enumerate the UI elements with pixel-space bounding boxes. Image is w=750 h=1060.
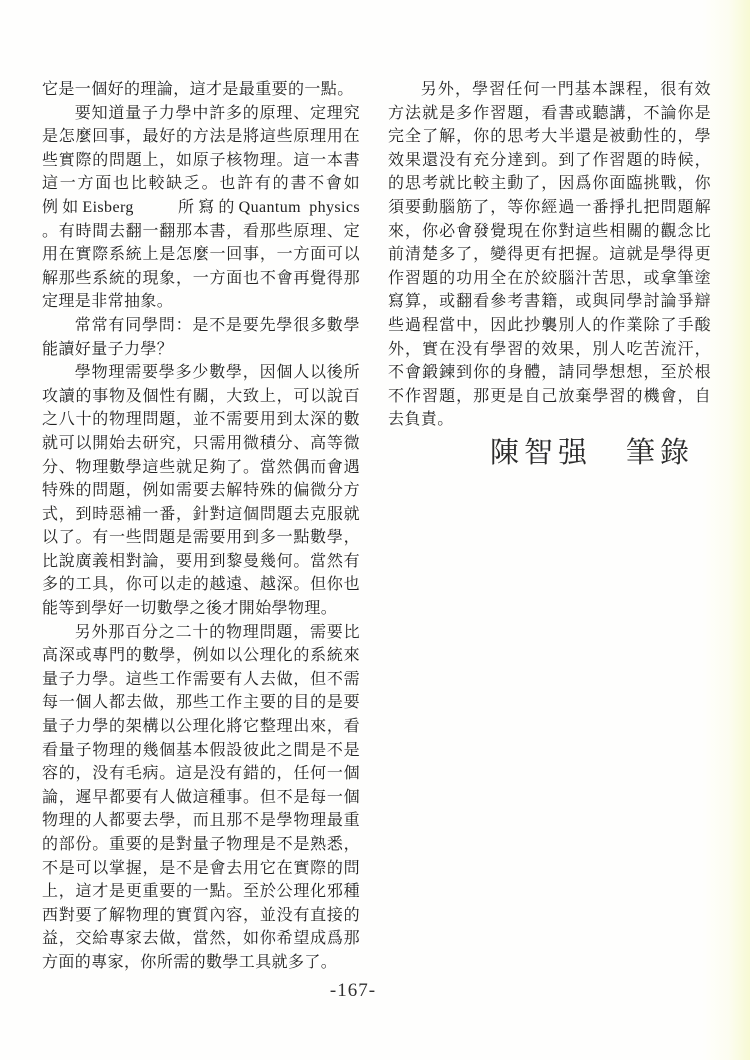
text-line: 上，這才是更重要的一點。至於公理化邪種東 [42, 880, 360, 904]
text-line: 學物理需要學多少數學，因個人以後所要 [42, 361, 360, 385]
text-line: 去負責。 [388, 408, 711, 432]
text-line: 攻讀的事物及個性有關，大致上，可以說百分 [42, 385, 360, 409]
text-line: 高深或專門的數學，例如以公理化的系統來看 [42, 644, 360, 668]
scanned-document-page: 它是一個好的理論，這才是最重要的一點。 要知道量子力學中許多的原理、定理究竟 是… [0, 0, 750, 1060]
text-line: 不作習題，那更是自己放棄學習的機會，自己 [388, 385, 711, 409]
text-line: 每一個人都去做，那些工作主要的目的是要將 [42, 691, 360, 715]
text-line: 容的，没有毛病。這是没有錯的，任何一個理 [42, 762, 360, 786]
text-line: 常常有同學問：是不是要先學很多數學才 [42, 314, 360, 338]
text-line: 是怎麼回事，最好的方法是將這些原理用在一 [42, 125, 360, 149]
text-line: 要知道量子力學中許多的原理、定理究竟 [42, 102, 360, 126]
text-line: 來，你必會發覺現在你對這些相關的觀念比以 [388, 220, 711, 244]
text-line: 式，到時惡補一番，針對這個問題去克服就可 [42, 503, 360, 527]
text-line: 的部份。重要的是對量子物理是不是熟悉，是 [42, 833, 360, 857]
page-number: -167- [0, 980, 706, 1002]
left-column: 它是一個好的理論，這才是最重要的一點。 要知道量子力學中許多的原理、定理究竟 是… [42, 78, 360, 975]
text-line: 看量子物理的幾個基本假設彼此之間是不是互 [42, 739, 360, 763]
text-line: 就可以開始去研究，只需用微積分、高等微積 [42, 432, 360, 456]
text-line: 解那些系統的現象，一方面也不會再覺得那些 [42, 267, 360, 291]
text-line: 方面的專家，你所需的數學工具就多了。 [42, 951, 360, 975]
text-line: 些過程當中，因此抄襲別人的作業除了手酸以 [388, 314, 711, 338]
text-line: 物理的人都要去學，而且那不是學物理最重要 [42, 809, 360, 833]
text-line: 作習題的功用全在於絞腦汁苦思，或拿筆塗塗 [388, 267, 711, 291]
text-line: 比說廣義相對論，要用到黎曼幾何。當然有越 [42, 550, 360, 574]
text-line: 效果還没有充分達到。到了作習題的時候，你 [388, 149, 711, 173]
text-line: 特殊的問題，例如需要去解特殊的偏微分方程 [42, 479, 360, 503]
text-line: 它是一個好的理論，這才是最重要的一點。 [42, 78, 360, 102]
text-line: 之八十的物理問題，並不需要用到太深的數學 [42, 408, 360, 432]
text-line: 外，實在没有學習的效果，別人吃苦流汗，並 [388, 338, 711, 362]
text-line: 益，交給專家去做，當然，如你希望成爲那一 [42, 927, 360, 951]
text-line: 的思考就比較主動了，因爲你面臨挑戰，你必 [388, 172, 711, 196]
text-line: 另外，學習任何一門基本課程，很有效的 [388, 78, 711, 102]
text-line: 另外那百分之二十的物理問題，需要比較 [42, 621, 360, 645]
text-line: 須要動腦筋了，等你經過一番掙扎把問題解出 [388, 196, 711, 220]
text-line: 以了。有一些問題是需要用到多一點數學，好 [42, 526, 360, 550]
text-line: 量子力學的架構以公理化將它整理出來，看一 [42, 715, 360, 739]
text-line: 能等到學好一切數學之後才開始學物理。 [42, 597, 360, 621]
transcriber-signature: 陳智强 筆錄 [490, 432, 710, 474]
text-line: 多的工具，你可以走的越遠、越深。但你也不 [42, 573, 360, 597]
text-line: 定理是非常抽象。 [42, 290, 360, 314]
text-line: 完全了解，你的思考大半還是被動性的，學習 [388, 125, 711, 149]
text-line: 分、物理數學這些就足夠了。當然偶而會遇到 [42, 456, 360, 480]
text-line: 這一方面也比較缺乏。也許有的書不會如此， [42, 172, 360, 196]
text-line: 前清楚多了，變得更有把握。這就是學得更好 [388, 243, 711, 267]
text-line: 些實際的問題上，如原子核物理。這一本書在 [42, 149, 360, 173]
right-column: 另外，學習任何一門基本課程，很有效的 方法就是多作習題，看書或聽講，不論你是否 … [388, 78, 711, 432]
text-line: 。有時間去翻一翻那本書，看那些原理、定理 [42, 220, 360, 244]
text-line: 用在實際系統上是怎麼一回事，一方面可以了 [42, 243, 360, 267]
text-line: 例如Eisberg 所寫的Quantum physics [42, 196, 360, 220]
text-line: 寫算，或翻看參考書籍，或與同學討論爭辯這 [388, 290, 711, 314]
text-line: 不是可以掌握，是不是會去用它在實際的問題 [42, 857, 360, 881]
text-line: 方法就是多作習題，看書或聽講，不論你是否 [388, 102, 711, 126]
text-line: 西對要了解物理的實質內容，並没有直接的助 [42, 904, 360, 928]
text-line: 論，遲早都要有人做這種事。但不是每一個學 [42, 786, 360, 810]
text-line: 不會鍛鍊到你的身體，請同學想想，至於根本 [388, 361, 711, 385]
text-line: 能讀好量子力學？ [42, 338, 360, 362]
text-line: 量子力學。這些工作需要有人去做，但不需要 [42, 668, 360, 692]
